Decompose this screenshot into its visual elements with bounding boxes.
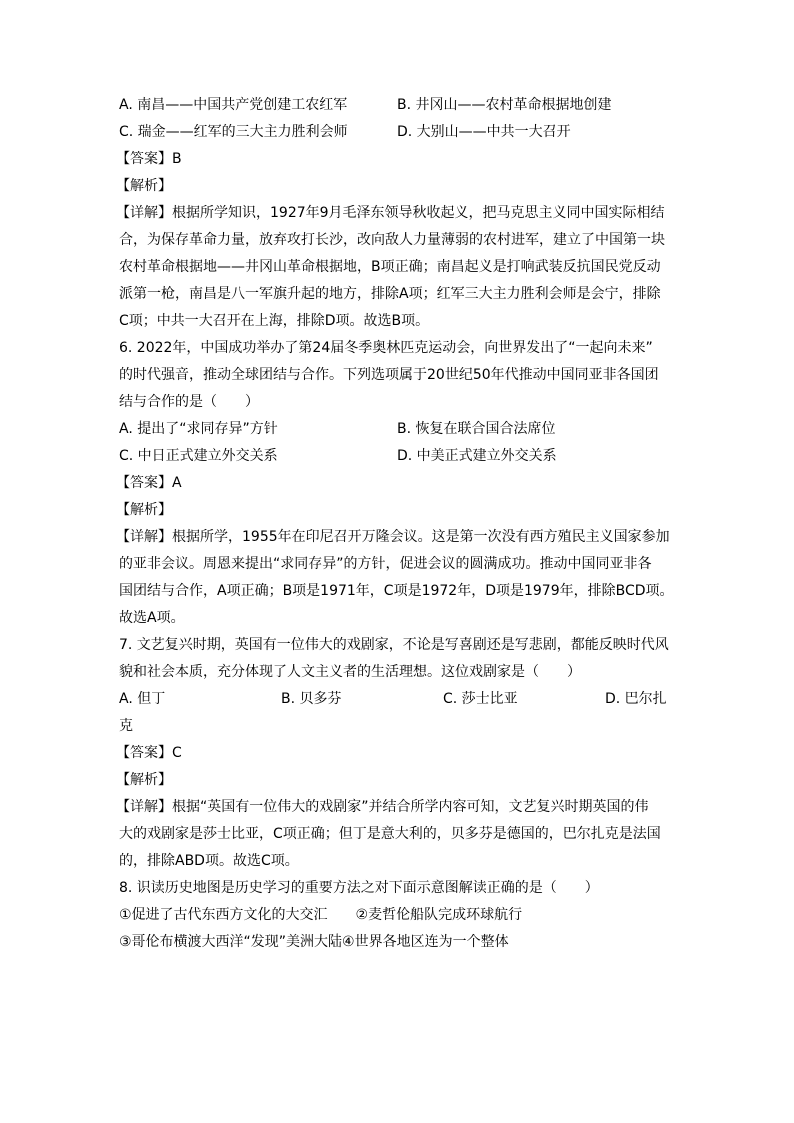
q7-detail-line: 的，排除ABD项。故选C项。 [119, 848, 675, 875]
q6-options-row-1: A. 提出了“求同存异”方针 B. 恢复在联合国合法席位 [119, 416, 675, 443]
q6-option-d: D. 中美正式建立外交关系 [397, 443, 675, 470]
document-page: A. 南昌——中国共产党创建工农红军 B. 井冈山——农村革命根据地创建 C. … [119, 92, 675, 956]
q7-stem-line: 7. 文艺复兴时期，英国有一位伟大的戏剧家，不论是写喜剧还是写悲剧，都能反映时代… [119, 632, 675, 659]
q5-detail-line: 派第一枪，南昌是八一军旗升起的地方，排除A项；红军三大主力胜利会师是会宁，排除 [119, 281, 675, 308]
q8-statement-line: ③哥伦布横渡大西洋“发现”美洲大陆④世界各地区连为一个整体 [119, 929, 675, 956]
answer-value: C [172, 745, 182, 761]
q7-stem-line: 貌和社会本质，充分体现了人文主义者的生活理想。这位戏剧家是（ ） [119, 659, 675, 686]
answer-label: 【答案】 [116, 745, 172, 761]
q6-option-b: B. 恢复在联合国合法席位 [397, 416, 675, 443]
q6-option-a: A. 提出了“求同存异”方针 [119, 416, 397, 443]
q5-options-row-2: C. 瑞金——红军的三大主力胜利会师 D. 大别山——中共一大召开 [119, 119, 675, 146]
detail-text: 根据“英国有一位伟大的戏剧家”并结合所学内容可知，文艺复兴时期英国的伟 [172, 799, 649, 815]
q6-answer: 【答案】A [119, 470, 675, 497]
q5-options-row-1: A. 南昌——中国共产党创建工农红军 B. 井冈山——农村革命根据地创建 [119, 92, 675, 119]
q5-option-d: D. 大别山——中共一大召开 [397, 119, 675, 146]
q5-detail-line: 【详解】根据所学知识，1927年9月毛泽东领导秋收起义，把马克思主义同中国实际相… [119, 200, 675, 227]
q6-detail-line: 的亚非会议。周恩来提出“求同存异”的方针，促进会议的圆满成功。推动中国同亚非各 [119, 551, 675, 578]
q6-detail-line: 【详解】根据所学，1955年在印尼召开万隆会议。这是第一次没有西方殖民主义国家参… [119, 524, 675, 551]
q6-stem-line: 结与合作的是（ ） [119, 389, 675, 416]
q5-option-a: A. 南昌——中国共产党创建工农红军 [119, 92, 397, 119]
answer-label: 【答案】 [116, 475, 172, 491]
q5-analysis: 【解析】 [119, 173, 675, 200]
detail-label: 【详解】 [116, 529, 172, 545]
q5-detail-line: 农村革命根据地——井冈山革命根据地，B项正确；南昌起义是打响武装反抗国民党反动 [119, 254, 675, 281]
q6-detail-line: 国团结与合作，A项正确；B项是1971年，C项是1972年，D项是1979年，排… [119, 578, 675, 605]
q7-option-d: D. 巴尔扎 [605, 686, 675, 713]
q7-option-d-wrap: 克 [119, 713, 675, 740]
analysis-label: 【解析】 [116, 178, 172, 194]
answer-value: B [172, 151, 182, 167]
q6-stem-line: 6. 2022年，中国成功举办了第24届冬季奥林匹克运动会，向世界发出了“一起向… [119, 335, 675, 362]
q6-analysis: 【解析】 [119, 497, 675, 524]
q7-option-c: C. 莎士比亚 [443, 686, 605, 713]
q5-detail-line: C项；中共一大召开在上海，排除D项。故选B项。 [119, 308, 675, 335]
q6-stem-line: 的时代强音，推动全球团结与合作。下列选项属于20世纪50年代推动中国同亚非各国团 [119, 362, 675, 389]
answer-value: A [172, 475, 182, 491]
q5-detail-line: 合，为保存革命力量，放弃攻打长沙，改向敌人力量薄弱的农村进军，建立了中国第一块 [119, 227, 675, 254]
q5-option-c: C. 瑞金——红军的三大主力胜利会师 [119, 119, 397, 146]
q7-option-a: A. 但丁 [119, 686, 281, 713]
q8-statement-line: ①促进了古代东西方文化的大交汇 ②麦哲伦船队完成环球航行 [119, 902, 675, 929]
q7-analysis: 【解析】 [119, 767, 675, 794]
q6-option-c: C. 中日正式建立外交关系 [119, 443, 397, 470]
q7-detail-line: 大的戏剧家是莎士比亚，C项正确；但丁是意大利的，贝多芬是德国的，巴尔扎克是法国 [119, 821, 675, 848]
detail-text: 根据所学，1955年在印尼召开万隆会议。这是第一次没有西方殖民主义国家参加 [172, 529, 670, 545]
analysis-label: 【解析】 [116, 772, 172, 788]
detail-text: 根据所学知识，1927年9月毛泽东领导秋收起义，把马克思主义同中国实际相结 [172, 205, 665, 221]
q8-stem-line: 8. 识读历史地图是历史学习的重要方法之对下面示意图解读正确的是（ ） [119, 875, 675, 902]
detail-label: 【详解】 [116, 205, 172, 221]
q5-option-b: B. 井冈山——农村革命根据地创建 [397, 92, 675, 119]
detail-label: 【详解】 [116, 799, 172, 815]
q7-detail-line: 【详解】根据“英国有一位伟大的戏剧家”并结合所学内容可知，文艺复兴时期英国的伟 [119, 794, 675, 821]
q7-option-b: B. 贝多芬 [281, 686, 443, 713]
q6-options-row-2: C. 中日正式建立外交关系 D. 中美正式建立外交关系 [119, 443, 675, 470]
q7-options-row: A. 但丁 B. 贝多芬 C. 莎士比亚 D. 巴尔扎 [119, 686, 675, 713]
analysis-label: 【解析】 [116, 502, 172, 518]
q6-detail-line: 故选A项。 [119, 605, 675, 632]
q7-answer: 【答案】C [119, 740, 675, 767]
q5-answer: 【答案】B [119, 146, 675, 173]
answer-label: 【答案】 [116, 151, 172, 167]
